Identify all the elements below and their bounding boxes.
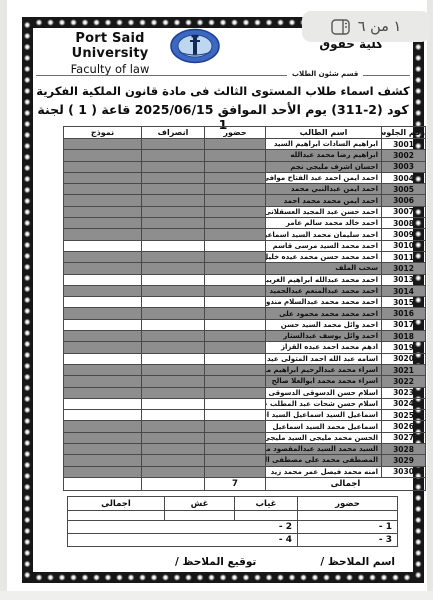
university-name-en: Port Said University: [40, 31, 180, 61]
form-cell: [64, 466, 142, 477]
seat-number: 3024: [382, 398, 426, 409]
departure-cell: [142, 297, 205, 308]
seat-number: 3028: [382, 444, 426, 455]
student-name: اسلام حسن الدسوقى الدسوقى المتولى: [266, 387, 382, 398]
student-name: احمد محمد عبدالله ابراهيم الغريبي: [266, 274, 382, 285]
student-row: 3024اسلام حسن شحات عبد المطلب حسن: [64, 398, 426, 409]
summary-column-header: غش: [165, 497, 235, 511]
students-table: رقم الجلوساسم الطالبحضورانصرافنموذج 3001…: [63, 126, 426, 491]
seat-number: 3010: [382, 240, 426, 251]
seat-number: 3030: [382, 466, 426, 477]
student-row: 3013احمد محمد عبدالله ابراهيم الغريبي: [64, 274, 426, 285]
student-row: 3030امنه محمد فيصل عمر محمد زيد: [64, 466, 426, 477]
attendance-cell: [205, 172, 266, 183]
departure-cell: [142, 421, 205, 432]
seat-number: 3008: [382, 218, 426, 229]
departure-cell: [142, 432, 205, 443]
student-row: 3029المصطفى محمد على مصطفى السيد: [64, 455, 426, 466]
departure-cell: [142, 172, 205, 183]
attendance-cell: [205, 297, 266, 308]
student-row: 3028السيد محمد السيد عبدالمقصود محمد رضو…: [64, 444, 426, 455]
departure-cell: [142, 364, 205, 375]
seat-number: 3025: [382, 410, 426, 421]
student-name: احمد محمد السيد مرسى قاسم: [266, 240, 382, 251]
observer-name-label: اسم الملاحظ /: [320, 556, 395, 568]
attendance-cell: [205, 285, 266, 296]
students-table-header-row: رقم الجلوساسم الطالبحضورانصرافنموذج: [64, 127, 426, 139]
form-cell: [64, 263, 142, 274]
note-line: - 1: [298, 521, 398, 534]
university-header-english: Port Said University Faculty of law: [40, 31, 180, 76]
form-cell: [64, 229, 142, 240]
sheet-title: كشف اسماء طلاب المستوى الثالث فى مادة قا…: [33, 84, 413, 98]
attendance-cell: [205, 376, 266, 387]
student-name: امنه محمد فيصل عمر محمد زيد: [266, 466, 382, 477]
page-edge-right: [427, 0, 433, 600]
student-row: 3021اسراء محمد عبدالرحيم ابراهيم مبارك: [64, 364, 426, 375]
departure-cell: [142, 139, 205, 150]
student-row: 3016احمد محمد محمد محمود على: [64, 308, 426, 319]
student-name: احمد حسن عبد المجيد العسقلانى محمد محجوب: [266, 206, 382, 217]
seat-number: 3029: [382, 455, 426, 466]
form-cell: [64, 342, 142, 353]
departure-cell: [142, 308, 205, 319]
form-cell: [64, 139, 142, 150]
summary-header-row: حضورغيابغشاجمالى: [68, 497, 398, 511]
attendance-cell: [205, 184, 266, 195]
total-departure-cell: [142, 477, 205, 490]
departure-cell: [142, 398, 205, 409]
student-name: اسامه عبد الله احمد المتولى عيد: [266, 353, 382, 364]
student-name: احمد وائل يوسف عبدالستار: [266, 331, 382, 342]
seat-number: 3019: [382, 342, 426, 353]
student-name: ابراهيم السادات ابراهيم السيد: [266, 139, 382, 150]
student-name: اسماعيل محمد السيد اسماعيل: [266, 421, 382, 432]
departure-cell: [142, 218, 205, 229]
summary-empty-cell: [165, 511, 235, 521]
seat-number: 3006: [382, 195, 426, 206]
form-cell: [64, 455, 142, 466]
form-cell: [64, 285, 142, 296]
attendance-cell: [205, 195, 266, 206]
departure-cell: [142, 150, 205, 161]
student-row: 3025اسماعيل السيد اسماعيل السيد اسماعيل: [64, 410, 426, 421]
summary-table: حضورغيابغشاجمالى - 1 - 2 - 3 - 4: [67, 496, 398, 547]
attendance-cell: [205, 274, 266, 285]
note-line: - 4: [68, 534, 298, 547]
attendance-cell: [205, 150, 266, 161]
student-row: 3009احمد سليمان محمد السيد اسماعيل: [64, 229, 426, 240]
form-cell: [64, 240, 142, 251]
seat-number: 3017: [382, 319, 426, 330]
departure-cell: [142, 410, 205, 421]
page-edge-bottom: [0, 591, 433, 600]
student-row: 3026اسماعيل محمد السيد اسماعيل: [64, 421, 426, 432]
student-row: 3020اسامه عبد الله احمد المتولى عيد: [64, 353, 426, 364]
departure-cell: [142, 444, 205, 455]
student-row: 3017احمد وائل محمد السيد حسن: [64, 319, 426, 330]
student-name: احمد محمد محمد عبدالسلام مندور: [266, 297, 382, 308]
departure-cell: [142, 195, 205, 206]
seat-number: 3009: [382, 229, 426, 240]
student-row: 3023اسلام حسن الدسوقى الدسوقى المتولى: [64, 387, 426, 398]
departure-cell: [142, 376, 205, 387]
departure-cell: [142, 331, 205, 342]
form-cell: [64, 172, 142, 183]
form-cell: [64, 274, 142, 285]
departure-cell: [142, 319, 205, 330]
form-cell: [64, 387, 142, 398]
page-indicator-pill[interactable]: ١ من ٦: [302, 11, 430, 42]
ornamental-border-bottom: [22, 572, 424, 583]
student-row: 3010احمد محمد السيد مرسى قاسم: [64, 240, 426, 251]
seat-number: 3022: [382, 376, 426, 387]
summary-column-header: اجمالى: [68, 497, 165, 511]
departure-cell: [142, 251, 205, 262]
student-name: اسماعيل السيد اسماعيل السيد اسماعيل: [266, 410, 382, 421]
departure-cell: [142, 184, 205, 195]
student-name: المصطفى محمد على مصطفى السيد: [266, 455, 382, 466]
departure-cell: [142, 161, 205, 172]
column-header: اسم الطالب: [266, 127, 382, 139]
student-row: 3019ادهم محمد احمد عبده القزاز: [64, 342, 426, 353]
form-cell: [64, 331, 142, 342]
page-indicator-label: ١ من ٦: [358, 19, 402, 35]
attendance-cell: [205, 206, 266, 217]
departure-cell: [142, 387, 205, 398]
student-row: 3001ابراهيم السادات ابراهيم السيد: [64, 139, 426, 150]
student-row: 3007احمد حسن عبد المجيد العسقلانى محمد م…: [64, 206, 426, 217]
student-row: 3015احمد محمد محمد عبدالسلام مندور: [64, 297, 426, 308]
student-row: 3018احمد وائل يوسف عبدالستار: [64, 331, 426, 342]
departure-cell: [142, 274, 205, 285]
form-cell: [64, 251, 142, 262]
student-name: احمد محمد عبدالمنعم عبدالحميد حسن: [266, 285, 382, 296]
seat-number: 3005: [382, 184, 426, 195]
column-header: انصراف: [142, 127, 205, 139]
student-name: احمد ايمن احمد عبد الفتاح موافى: [266, 172, 382, 183]
attendance-cell: [205, 432, 266, 443]
departure-cell: [142, 206, 205, 217]
form-cell: [64, 308, 142, 319]
note-line: - 3: [298, 534, 398, 547]
attendance-cell: [205, 331, 266, 342]
pages-icon: [331, 19, 350, 35]
attendance-cell: [205, 387, 266, 398]
student-row: 3027الحسن محمد مليجى السيد مليجى: [64, 432, 426, 443]
form-cell: [64, 364, 142, 375]
total-row: اجمالى7: [64, 477, 426, 490]
summary-note-row: - 1 - 2: [68, 521, 398, 534]
seat-number: 3003: [382, 161, 426, 172]
form-cell: [64, 297, 142, 308]
attendance-cell: [205, 466, 266, 477]
student-row: 3022اسراء محمد محمد ابوالعلا صالح: [64, 376, 426, 387]
student-name: سحب الملف: [266, 263, 382, 274]
attendance-cell: [205, 410, 266, 421]
total-label: اجمالى: [266, 477, 426, 490]
attendance-cell: [205, 319, 266, 330]
seat-number: 3023: [382, 387, 426, 398]
attendance-cell: [205, 218, 266, 229]
lighthouse-logo-icon: [169, 28, 221, 64]
seat-number: 3021: [382, 364, 426, 375]
departure-cell: [142, 285, 205, 296]
seat-number: 3027: [382, 432, 426, 443]
seat-number: 3002: [382, 150, 426, 161]
student-name: احمد وائل محمد السيد حسن: [266, 319, 382, 330]
student-row: 3014احمد محمد عبدالمنعم عبدالحميد حسن: [64, 285, 426, 296]
attendance-cell: [205, 263, 266, 274]
page-edge-left: [0, 0, 7, 600]
departure-cell: [142, 466, 205, 477]
student-name: اسلام حسن شحات عبد المطلب حسن: [266, 398, 382, 409]
student-name: احسان اشرف مليجى نجم: [266, 161, 382, 172]
attendance-cell: [205, 308, 266, 319]
form-cell: [64, 206, 142, 217]
form-cell: [64, 161, 142, 172]
summary-empty-row: [68, 511, 398, 521]
student-name: احمد محمد حسن محمد عيده خليل: [266, 251, 382, 262]
attendance-cell: [205, 240, 266, 251]
seat-number: 3004: [382, 172, 426, 183]
summary-empty-cell: [68, 511, 165, 521]
seat-number: 3001: [382, 139, 426, 150]
seat-number: 3012: [382, 263, 426, 274]
attendance-cell: [205, 251, 266, 262]
departure-cell: [142, 240, 205, 251]
form-cell: [64, 150, 142, 161]
attendance-cell: [205, 398, 266, 409]
department-label: قسم شئون الطلاب: [287, 70, 363, 78]
form-cell: [64, 184, 142, 195]
student-row: 3004احمد ايمن احمد عبد الفتاح موافى: [64, 172, 426, 183]
total-form-cell: [64, 477, 142, 490]
attendance-cell: [205, 161, 266, 172]
observer-signature-label: توقيع الملاحظ /: [175, 556, 256, 568]
summary-column-header: حضور: [298, 497, 398, 511]
seat-number: 3015: [382, 297, 426, 308]
departure-cell: [142, 263, 205, 274]
student-row: 3011احمد محمد حسن محمد عيده خليل: [64, 251, 426, 262]
ornamental-border-left: [22, 17, 33, 583]
form-cell: [64, 353, 142, 364]
student-name: السيد محمد السيد عبدالمقصود محمد رضوان: [266, 444, 382, 455]
summary-empty-cell: [235, 511, 298, 521]
student-name: اسراء محمد عبدالرحيم ابراهيم مبارك: [266, 364, 382, 375]
departure-cell: [142, 455, 205, 466]
attendance-cell: [205, 364, 266, 375]
total-present-count: 7: [205, 477, 266, 490]
seat-number: 3026: [382, 421, 426, 432]
form-cell: [64, 432, 142, 443]
student-row: 3005احمد ايمن عبدالنبي محمد: [64, 184, 426, 195]
form-cell: [64, 421, 142, 432]
attendance-cell: [205, 444, 266, 455]
student-row: 3003احسان اشرف مليجى نجم: [64, 161, 426, 172]
summary-note-row: - 3 - 4: [68, 534, 398, 547]
student-name: احمد ايمن عبدالنبي محمد: [266, 184, 382, 195]
form-cell: [64, 376, 142, 387]
student-row: 3006احمد ايمن محمد محمد احمد: [64, 195, 426, 206]
departure-cell: [142, 353, 205, 364]
student-name: اسراء محمد محمد ابوالعلا صالح: [266, 376, 382, 387]
form-cell: [64, 319, 142, 330]
summary-empty-cell: [298, 511, 398, 521]
university-logo: [169, 28, 221, 68]
attendance-cell: [205, 139, 266, 150]
summary-column-header: غياب: [235, 497, 298, 511]
note-line: - 2: [68, 521, 298, 534]
student-name: احمد خالد محمد سالم عامر: [266, 218, 382, 229]
student-name: احمد محمد محمد محمود على: [266, 308, 382, 319]
student-name: احمد سليمان محمد السيد اسماعيل: [266, 229, 382, 240]
attendance-cell: [205, 353, 266, 364]
form-cell: [64, 218, 142, 229]
attendance-cell: [205, 229, 266, 240]
student-name: ابراهيم رضا محمد عبدالله: [266, 150, 382, 161]
student-row: 3002ابراهيم رضا محمد عبدالله: [64, 150, 426, 161]
seat-number: 3007: [382, 206, 426, 217]
faculty-name-en: Faculty of law: [40, 62, 180, 76]
form-cell: [64, 444, 142, 455]
column-header: حضور: [205, 127, 266, 139]
attendance-cell: [205, 455, 266, 466]
student-name: الحسن محمد مليجى السيد مليجى: [266, 432, 382, 443]
student-row: 3008احمد خالد محمد سالم عامر: [64, 218, 426, 229]
student-name: ادهم محمد احمد عبده القزاز: [266, 342, 382, 353]
attendance-cell: [205, 342, 266, 353]
student-name: احمد ايمن محمد محمد احمد: [266, 195, 382, 206]
column-header: نموذج: [64, 127, 142, 139]
student-row: 3012سحب الملف: [64, 263, 426, 274]
column-header: رقم الجلوس: [382, 127, 426, 139]
form-cell: [64, 195, 142, 206]
seat-number: 3020: [382, 353, 426, 364]
departure-cell: [142, 342, 205, 353]
attendance-cell: [205, 421, 266, 432]
departure-cell: [142, 229, 205, 240]
form-cell: [64, 398, 142, 409]
seat-number: 3011: [382, 251, 426, 262]
seat-number: 3014: [382, 285, 426, 296]
seat-number: 3016: [382, 308, 426, 319]
form-cell: [64, 410, 142, 421]
seat-number: 3018: [382, 331, 426, 342]
seat-number: 3013: [382, 274, 426, 285]
